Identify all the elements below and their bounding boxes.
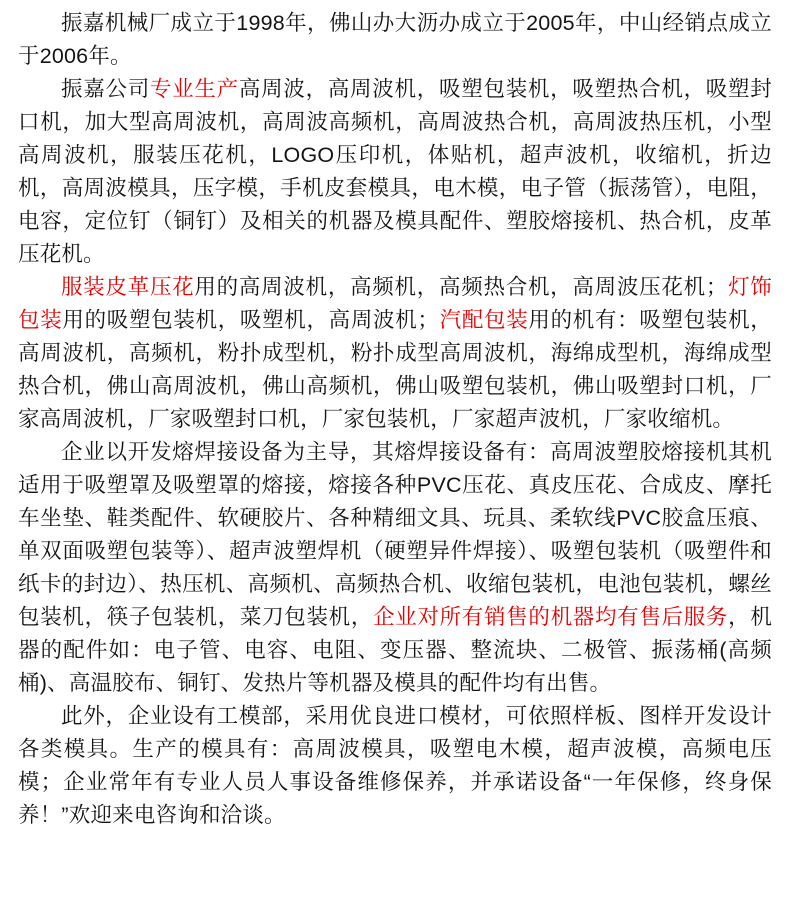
- text-segment: 用的吸塑包装机，吸塑机，高周波机；: [62, 308, 439, 332]
- text-segment: 振嘉机械厂成立于1998年，佛山办大沥办成立于2005年，中山经销点成立于200…: [18, 11, 772, 68]
- text-segment: 振嘉公司: [61, 77, 150, 101]
- paragraph: 振嘉机械厂成立于1998年，佛山办大沥办成立于2005年，中山经销点成立于200…: [18, 7, 772, 73]
- red-highlight-segment: 企业对所有销售的机器均有售后服务: [373, 605, 728, 629]
- company-intro-article: 振嘉机械厂成立于1998年，佛山办大沥办成立于2005年，中山经销点成立于200…: [0, 0, 790, 832]
- paragraph: 振嘉公司专业生产高周波，高周波机，吸塑包装机，吸塑热合机，吸塑封口机，加大型高周…: [18, 73, 772, 271]
- page: { "page": { "background_color": "#ffffff…: [0, 0, 790, 915]
- paragraph: 企业以开发熔焊接设备为主导，其熔焊接设备有：高周波塑胶熔接机其机适用于吸塑罩及吸…: [18, 436, 772, 700]
- paragraph: 服装皮革压花用的高周波机，高频机，高频热合机，高周波压花机；灯饰包装用的吸塑包装…: [18, 271, 772, 436]
- red-highlight-segment: 专业生产: [150, 77, 239, 101]
- red-highlight-segment: 汽配包装: [439, 308, 528, 332]
- text-segment: 高周波，高周波机，吸塑包装机，吸塑热合机，吸塑封口机，加大型高周波机，高周波高频…: [18, 77, 772, 266]
- paragraph: 此外，企业设有工模部，采用优良进口模材，可依照样板、图样开发设计各类模具。生产的…: [18, 700, 772, 832]
- red-highlight-segment: 服装皮革压花: [61, 275, 194, 299]
- text-segment: 企业以开发熔焊接设备为主导，其熔焊接设备有：高周波塑胶熔接机其机适用于吸塑罩及吸…: [18, 440, 772, 629]
- article-paragraphs: 振嘉机械厂成立于1998年，佛山办大沥办成立于2005年，中山经销点成立于200…: [18, 7, 772, 832]
- text-segment: 用的高周波机，高频机，高频热合机，高周波压花机；: [194, 275, 727, 299]
- text-segment: 此外，企业设有工模部，采用优良进口模材，可依照样板、图样开发设计各类模具。生产的…: [18, 704, 772, 827]
